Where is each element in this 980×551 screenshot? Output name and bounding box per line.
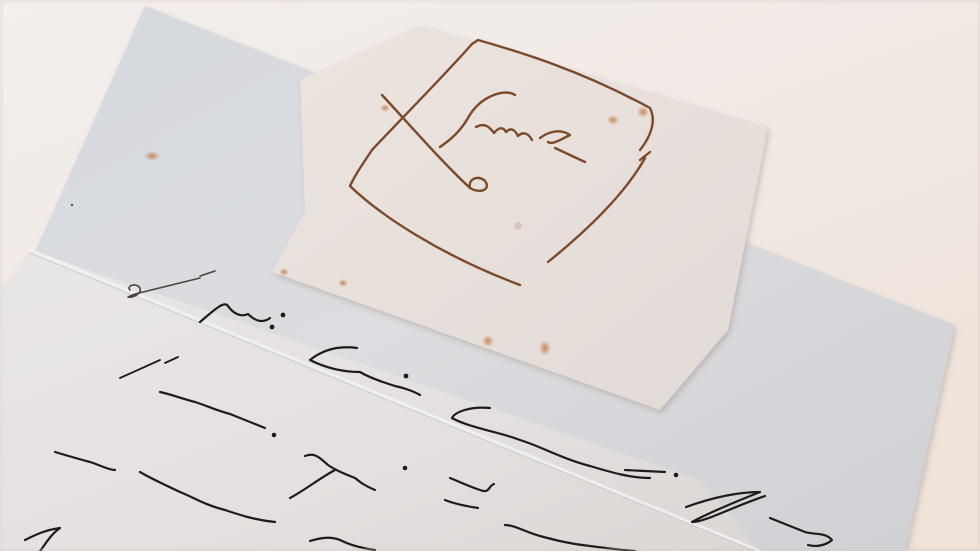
letter-photo xyxy=(0,0,980,551)
photo-scene: Firenze 2° Ill.mo Cosimo Buonarroti 1° l… xyxy=(0,0,980,551)
